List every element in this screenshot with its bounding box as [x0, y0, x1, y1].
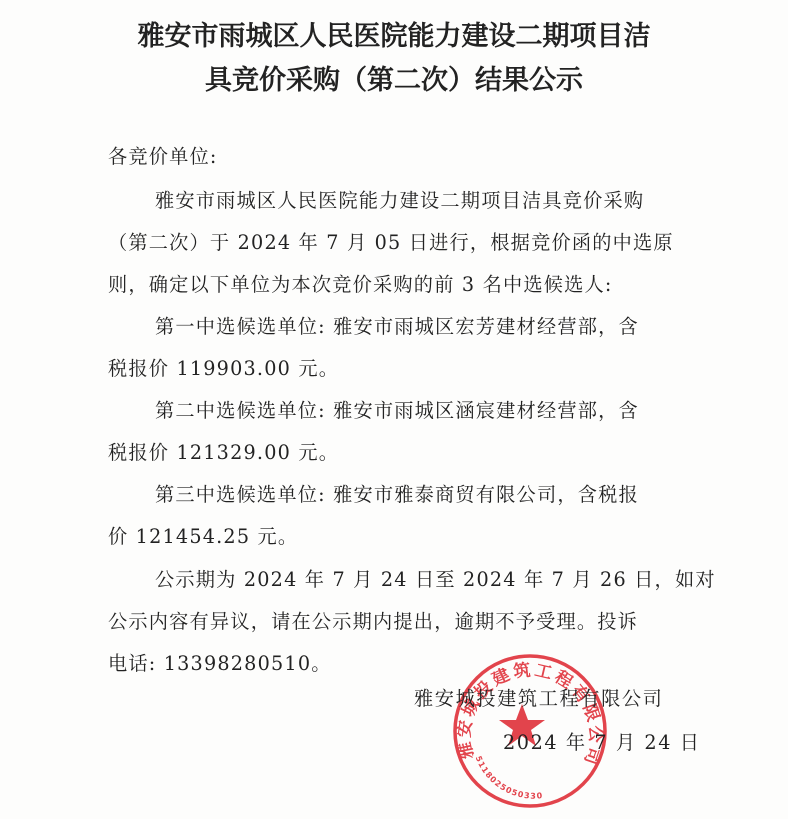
- signature-date: 2024 年 7 月 24 日: [503, 728, 701, 755]
- intro-line-3: 则，确定以下单位为本次竞价采购的前 3 名中选候选人:: [108, 270, 613, 297]
- notice-line-1: 公示期为 2024 年 7 月 24 日至 2024 年 7 月 26 日，如对: [155, 565, 716, 592]
- candidate-1-line-1: 第一中选候选单位: 雅安市雨城区宏芳建材经营部，含: [155, 312, 639, 339]
- candidate-2-line-2: 税报价 121329.00 元。: [108, 438, 339, 465]
- intro-line-1: 雅安市雨城区人民医院能力建设二期项目洁具竞价采购: [155, 186, 644, 213]
- candidate-3-line-2: 价 121454.25 元。: [108, 522, 298, 549]
- notice-line-3: 电话: 13398280510。: [108, 649, 332, 676]
- svg-text:5118025050330: 5118025050330: [474, 755, 544, 801]
- document-title-line-2: 具竞价采购（第二次）结果公示: [0, 58, 788, 97]
- candidate-2-line-1: 第二中选候选单位: 雅安市雨城区涵宸建材经营部，含: [155, 396, 639, 423]
- document-title-line-1: 雅安市雨城区人民医院能力建设二期项目洁: [0, 14, 788, 53]
- document-page: 雅安市雨城区人民医院能力建设二期项目洁 具竞价采购（第二次）结果公示 各竞价单位…: [0, 0, 788, 819]
- intro-line-2: （第二次）于 2024 年 7 月 05 日进行，根据竞价函的中选原: [108, 228, 674, 255]
- seal-number: 5118025050330: [474, 755, 544, 801]
- signature-company: 雅安城投建筑工程有限公司: [414, 684, 663, 711]
- candidate-1-line-2: 税报价 119903.00 元。: [108, 354, 339, 381]
- salutation: 各竞价单位:: [108, 142, 218, 169]
- notice-line-2: 公示内容有异议，请在公示期内提出，逾期不予受理。投诉: [108, 607, 638, 634]
- candidate-3-line-1: 第三中选候选单位: 雅安市雅泰商贸有限公司，含税报: [155, 480, 639, 507]
